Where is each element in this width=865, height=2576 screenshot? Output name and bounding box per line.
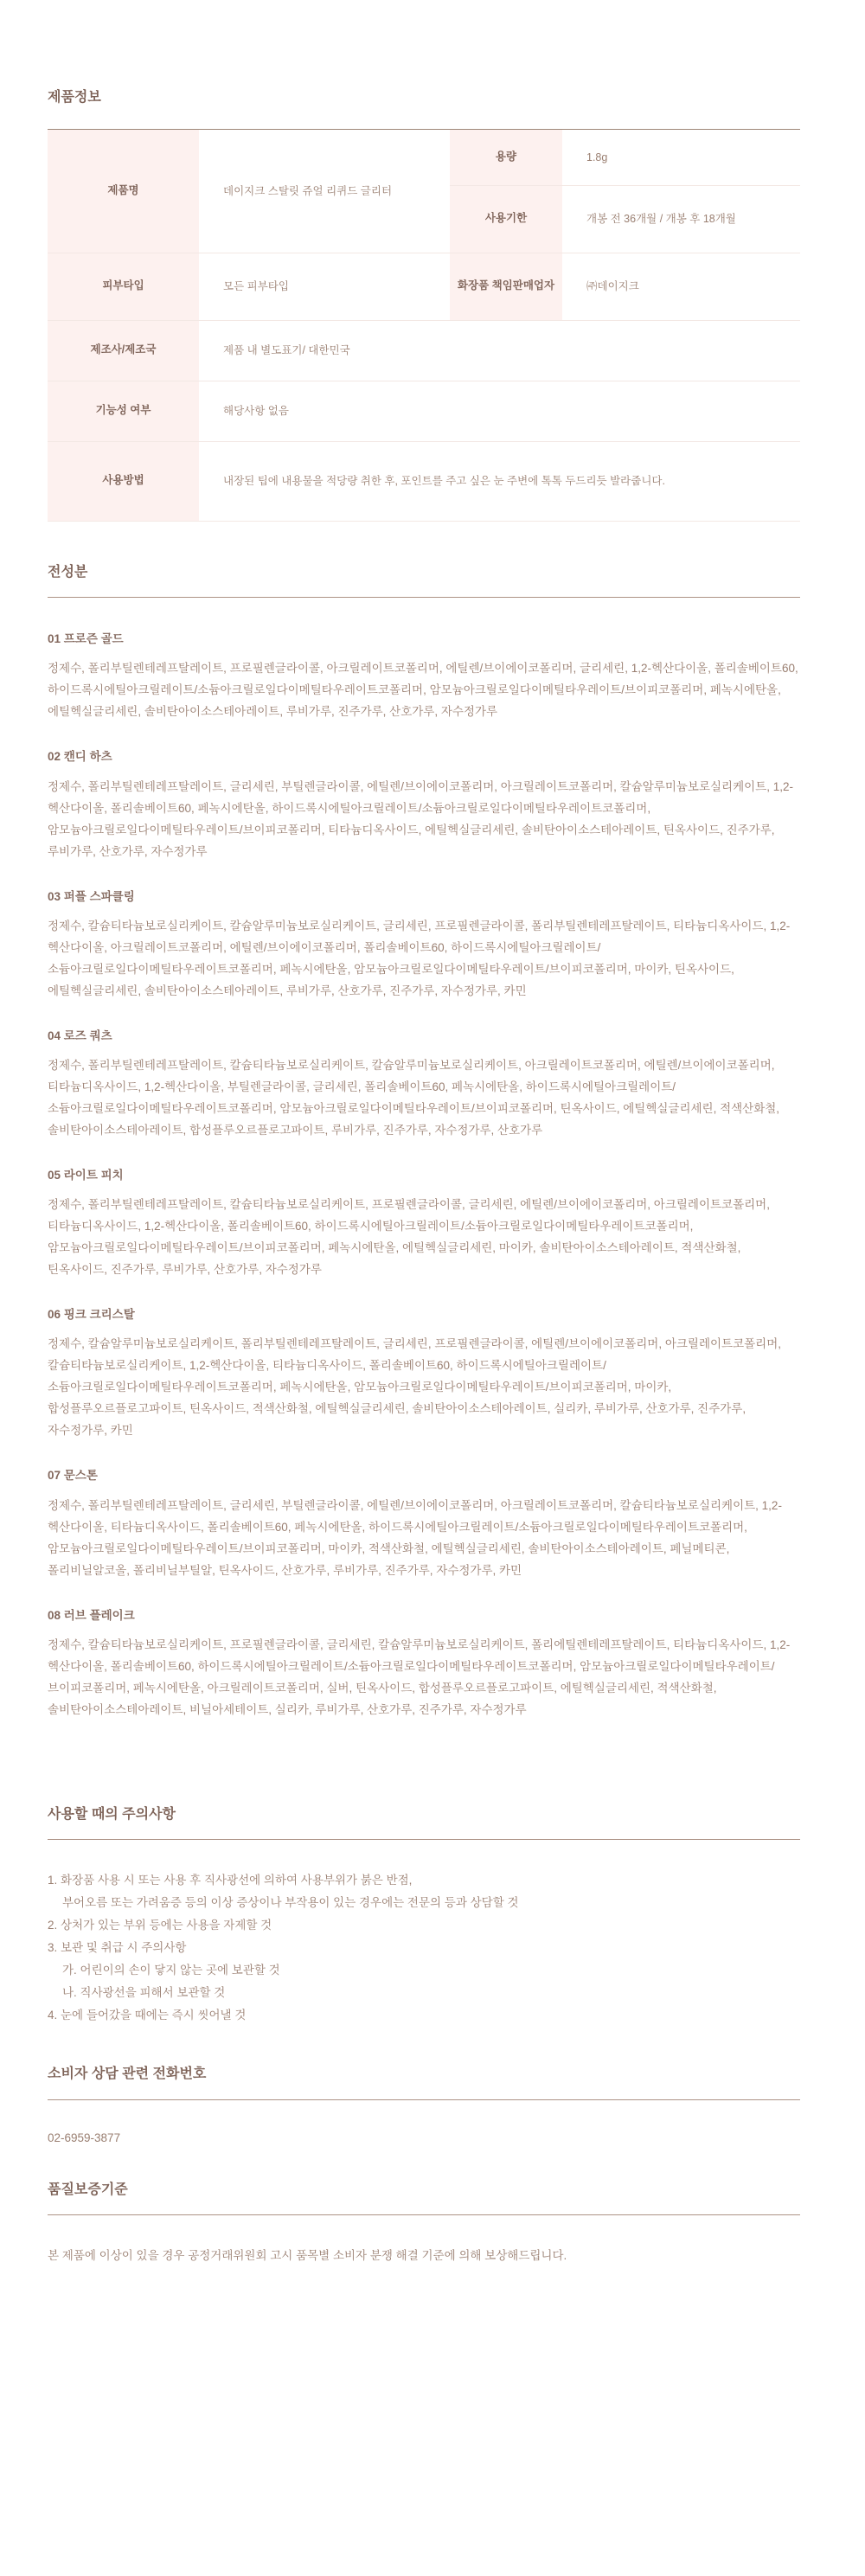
contact-section: 소비자 상담 관련 전화번호 02-6959-3877	[48, 2067, 800, 2144]
seller-label: 화장품 책임판매업자	[450, 253, 562, 320]
ingredient-item: 02 캔디 하츠 정제수, 폴리부틸렌테레프탈레이트, 글리세린, 부틸렌글라이…	[48, 750, 800, 862]
cautions-section: 사용할 때의 주의사항 1. 화장품 사용 시 또는 사용 후 직사광선에 의하…	[48, 1807, 800, 2028]
ingredients-list: 01 프로즌 골드 정제수, 폴리부틸렌테레프탈레이트, 프로필렌글라이콜, 아…	[48, 632, 800, 1721]
section-divider	[48, 597, 800, 598]
warranty-section: 품질보증기준 본 제품에 이상이 있을 경우 공정거래위원회 고시 품목별 소비…	[48, 2182, 800, 2267]
ingredients-title: 전성분	[48, 565, 800, 580]
caution-line: 4. 눈에 들어갔을 때에는 즉시 씻어낼 것	[48, 2004, 800, 2027]
ingredient-item: 03 퍼플 스파클링 정제수, 칼슘티타늄보로실리케이트, 칼슘알루미늄보로실리…	[48, 890, 800, 1002]
ingredient-item-text: 정제수, 칼슘알루미늄보로실리케이트, 폴리부틸렌테레프탈레이트, 글리세린, …	[48, 1333, 800, 1441]
product-name-label: 제품명	[48, 129, 199, 253]
table-row: 제조사/제조국 제품 내 별도표기/ 대한민국	[48, 320, 800, 381]
contact-title: 소비자 상담 관련 전화번호	[48, 2067, 800, 2082]
volume-value: 1.8g	[562, 129, 800, 185]
ingredient-item-name: 01 프로즌 골드	[48, 632, 800, 646]
ingredient-item-text: 정제수, 폴리부틸렌테레프탈레이트, 글리세린, 부틸렌글라이콜, 에틸렌/브이…	[48, 1495, 800, 1581]
ingredient-item-text: 정제수, 칼슘티타늄보로실리케이트, 칼슘알루미늄보로실리케이트, 글리세린, …	[48, 915, 800, 1002]
section-divider	[48, 2099, 800, 2100]
section-divider	[48, 1839, 800, 1840]
ingredient-item: 01 프로즌 골드 정제수, 폴리부틸렌테레프탈레이트, 프로필렌글라이콜, 아…	[48, 632, 800, 722]
functional-label: 기능성 여부	[48, 381, 199, 441]
caution-line: 3. 보관 및 취급 시 주의사항	[48, 1937, 800, 1959]
ingredient-item-name: 05 라이트 피치	[48, 1169, 800, 1182]
ingredient-item-name: 08 러브 플레이크	[48, 1609, 800, 1623]
caution-line: 가. 어린이의 손이 닿지 않는 곳에 보관할 것	[48, 1959, 800, 1982]
ingredient-item: 07 문스톤 정제수, 폴리부틸렌테레프탈레이트, 글리세린, 부틸렌글라이콜,…	[48, 1469, 800, 1580]
expiry-label: 사용기한	[450, 185, 562, 253]
manufacturer-label: 제조사/제조국	[48, 320, 199, 381]
skin-type-label: 피부타입	[48, 253, 199, 320]
ingredients-section: 전성분 01 프로즌 골드 정제수, 폴리부틸렌테레프탈레이트, 프로필렌글라이…	[48, 565, 800, 1721]
caution-line: 부어오름 또는 가려움증 등의 이상 증상이나 부작용이 있는 경우에는 전문의…	[48, 1892, 800, 1914]
product-info-section: 제품정보 제품명 데이지크 스탈릿 쥬얼 리퀴드 글리터 용량 1.8g 사용기…	[48, 90, 800, 522]
table-row: 제품명 데이지크 스탈릿 쥬얼 리퀴드 글리터 용량 1.8g	[48, 129, 800, 185]
ingredient-item-name: 07 문스톤	[48, 1469, 800, 1483]
volume-label: 용량	[450, 129, 562, 185]
skin-type-value: 모든 피부타입	[199, 253, 450, 320]
usage-value: 내장된 팁에 내용물을 적당량 취한 후, 포인트를 주고 싶은 눈 주변에 톡…	[199, 441, 800, 521]
section-divider	[48, 2214, 800, 2215]
table-row: 피부타입 모든 피부타입 화장품 책임판매업자 ㈜데이지크	[48, 253, 800, 320]
contact-phone-number: 02-6959-3877	[48, 2131, 800, 2144]
ingredient-item-name: 04 로즈 쿼츠	[48, 1029, 800, 1043]
caution-line: 1. 화장품 사용 시 또는 사용 후 직사광선에 의하여 사용부위가 붉은 반…	[48, 1869, 800, 1892]
ingredient-item-name: 02 캔디 하츠	[48, 750, 800, 764]
ingredient-item: 05 라이트 피치 정제수, 폴리부틸렌테레프탈레이트, 칼슘티타늄보로실리케이…	[48, 1169, 800, 1280]
ingredient-item-name: 03 퍼플 스파클링	[48, 890, 800, 904]
product-info-title: 제품정보	[48, 90, 800, 106]
product-info-table: 제품명 데이지크 스탈릿 쥬얼 리퀴드 글리터 용량 1.8g 사용기한 개봉 …	[48, 129, 800, 522]
table-row: 사용방법 내장된 팁에 내용물을 적당량 취한 후, 포인트를 주고 싶은 눈 …	[48, 441, 800, 521]
page-content: 제품정보 제품명 데이지크 스탈릿 쥬얼 리퀴드 글리터 용량 1.8g 사용기…	[48, 0, 800, 2266]
ingredient-item-text: 정제수, 폴리부틸렌테레프탈레이트, 칼슘티타늄보로실리케이트, 프로필렌글라이…	[48, 1194, 800, 1280]
ingredient-item: 08 러브 플레이크 정제수, 칼슘티타늄보로실리케이트, 프로필렌글라이콜, …	[48, 1609, 800, 1721]
warranty-text: 본 제품에 이상이 있을 경우 공정거래위원회 고시 품목별 소비자 분쟁 해결…	[48, 2245, 800, 2266]
usage-label: 사용방법	[48, 441, 199, 521]
seller-value: ㈜데이지크	[562, 253, 800, 320]
ingredient-item: 06 핑크 크리스탈 정제수, 칼슘알루미늄보로실리케이트, 폴리부틸렌테레프탈…	[48, 1308, 800, 1441]
ingredient-item: 04 로즈 쿼츠 정제수, 폴리부틸렌테레프탈레이트, 칼슘티타늄보로실리케이트…	[48, 1029, 800, 1141]
product-name-value: 데이지크 스탈릿 쥬얼 리퀴드 글리터	[199, 129, 450, 253]
ingredient-item-text: 정제수, 폴리부틸렌테레프탈레이트, 프로필렌글라이콜, 아크릴레이트코폴리머,…	[48, 657, 800, 722]
warranty-title: 품질보증기준	[48, 2182, 800, 2198]
cautions-list: 1. 화장품 사용 시 또는 사용 후 직사광선에 의하여 사용부위가 붉은 반…	[48, 1869, 800, 2027]
manufacturer-value: 제품 내 별도표기/ 대한민국	[199, 320, 800, 381]
cautions-title: 사용할 때의 주의사항	[48, 1807, 800, 1823]
ingredient-item-text: 정제수, 폴리부틸렌테레프탈레이트, 칼슘티타늄보로실리케이트, 칼슘알루미늄보…	[48, 1054, 800, 1141]
expiry-value: 개봉 전 36개월 / 개봉 후 18개월	[562, 185, 800, 253]
functional-value: 해당사항 없음	[199, 381, 800, 441]
caution-line: 나. 직사광선을 피해서 보관할 것	[48, 1982, 800, 2004]
table-row: 기능성 여부 해당사항 없음	[48, 381, 800, 441]
caution-line: 2. 상처가 있는 부위 등에는 사용을 자제할 것	[48, 1914, 800, 1937]
ingredient-item-text: 정제수, 폴리부틸렌테레프탈레이트, 글리세린, 부틸렌글라이콜, 에틸렌/브이…	[48, 776, 800, 862]
ingredient-item-name: 06 핑크 크리스탈	[48, 1308, 800, 1322]
ingredient-item-text: 정제수, 칼슘티타늄보로실리케이트, 프로필렌글라이콜, 글리세린, 칼슘알루미…	[48, 1634, 800, 1721]
